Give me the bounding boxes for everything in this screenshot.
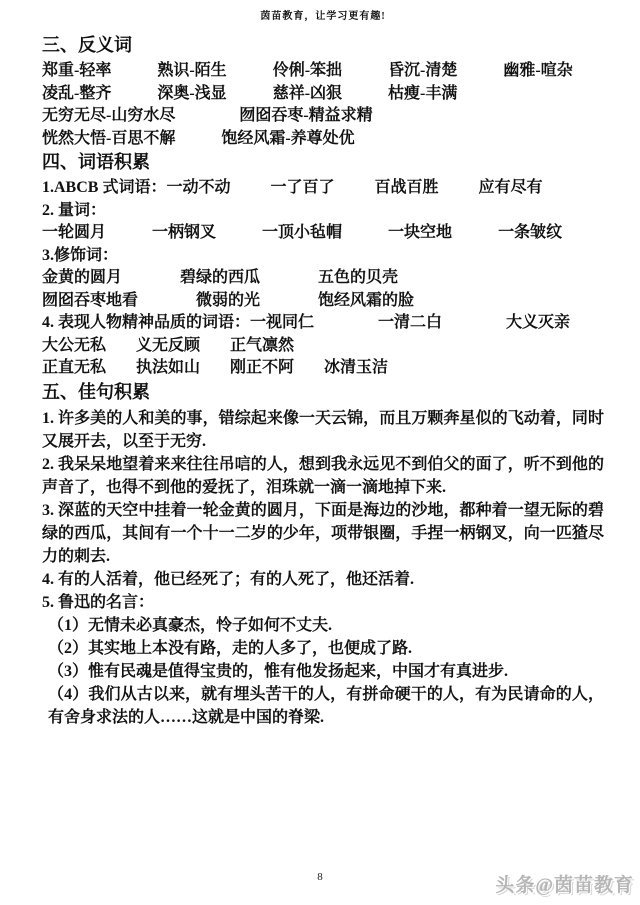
antonym-pair: 郑重-轻率 [42, 60, 111, 83]
word-item: 一动不动 [166, 177, 230, 200]
word-item: 一顶小毡帽 [262, 222, 342, 245]
page-content: 茵苗教育，让学习更有趣! 三、反义词 郑重-轻率 熟识-陌生 伶俐-笨拙 昏沉-… [0, 0, 640, 729]
modifier-label: 3.修饰词： [42, 245, 118, 268]
measure-words-row: 一轮圆月 一柄钢叉 一顶小毡帽 一块空地 一条皱纹 [42, 222, 604, 245]
word-item: 饱经风霜的脸 [318, 290, 414, 313]
antonym-pair: 恍然大悟-百思不解 [42, 128, 175, 151]
antonym-pair: 凌乱-整齐 [42, 83, 111, 106]
modifier-label-line: 3.修饰词： [42, 245, 604, 268]
word-item: 冰清玉洁 [324, 357, 388, 380]
antonym-row: 无穷无尽-山穷水尽 囫囵吞枣-精益求精 [42, 105, 604, 128]
antonym-pair: 熟识-陌生 [157, 60, 226, 83]
section-antonyms-title: 三、反义词 [42, 33, 604, 58]
word-item: 五色的贝壳 [318, 267, 398, 290]
modifier-row: 囫囵吞枣地看 微弱的光 饱经风霜的脸 [42, 290, 604, 313]
word-item: 一条皱纹 [498, 222, 562, 245]
spirit-label-and-first-word: 4. 表现人物精神品质的词语： 一视同仁 [42, 312, 314, 335]
antonym-pair: 幽雅-喧杂 [503, 60, 572, 83]
spirit-words-row: 大公无私 义无反顾 正气凛然 [42, 335, 604, 358]
document-page: 茵苗教育，让学习更有趣! 三、反义词 郑重-轻率 熟识-陌生 伶俐-笨拙 昏沉-… [0, 0, 640, 905]
word-item: 刚正不阿 [230, 357, 294, 380]
sentence-item: 4. 有的人活着，他已经死了；有的人死了，他还活着. [42, 568, 604, 591]
spirit-words-line: 4. 表现人物精神品质的词语： 一视同仁 一清二白 大义灭亲 [42, 312, 604, 335]
quote-item: （3）惟有民魂是值得宝贵的，惟有他发扬起来，中国才有真进步. [42, 660, 604, 683]
spirit-label: 4. 表现人物精神品质的词语： [42, 312, 250, 335]
antonym-row: 郑重-轻率 熟识-陌生 伶俐-笨拙 昏沉-清楚 幽雅-喧杂 [42, 60, 604, 83]
modifier-row: 金黄的圆月 碧绿的西瓜 五色的贝壳 [42, 267, 604, 290]
bottom-watermark: 头条@茵苗教育 [495, 870, 634, 897]
antonym-pair: 枯瘦-丰满 [388, 83, 457, 106]
word-item: 一轮圆月 [42, 222, 106, 245]
section-words-title: 四、词语积累 [42, 150, 604, 175]
sentence-item: 3. 深蓝的天空中挂着一轮金黄的圆月，下面是海边的沙地，都种着一望无际的碧绿的西… [42, 499, 604, 568]
quote-item: （4）我们从古以来，就有埋头苦干的人，有拼命硬干的人，有为民请命的人，有舍身求法… [42, 683, 604, 729]
word-item: 金黄的圆月 [42, 267, 122, 290]
antonym-pair: 饱经风霜-养尊处优 [221, 128, 354, 151]
antonym-pair: 昏沉-清楚 [388, 60, 457, 83]
antonym-pair: 囫囵吞枣-精益求精 [239, 105, 372, 128]
word-item: 大义灭亲 [506, 312, 570, 335]
measure-words-label-line: 2. 量词： [42, 200, 604, 223]
word-item: 百战百胜 [375, 177, 439, 200]
word-item: 正直无私 [42, 357, 106, 380]
abcb-label-and-first-word: 1.ABCB 式词语： 一动不动 [42, 177, 230, 200]
word-item: 一柄钢叉 [152, 222, 216, 245]
word-item: 执法如山 [136, 357, 200, 380]
measure-label: 2. 量词： [42, 200, 106, 223]
sentence-item: 2. 我呆呆地望着来来往往吊唁的人，想到我永远见不到伯父的面了，听不到他的声音了… [42, 453, 604, 499]
word-item: 一清二白 [378, 312, 442, 335]
abcb-label: 1.ABCB 式词语： [42, 177, 166, 200]
word-item: 碧绿的西瓜 [180, 267, 260, 290]
word-item: 应有尽有 [479, 177, 543, 200]
word-item: 义无反顾 [136, 335, 200, 358]
spirit-words-row: 正直无私 执法如山 刚正不阿 冰清玉洁 [42, 357, 604, 380]
word-item: 正气凛然 [230, 335, 294, 358]
sentence-item: 5. 鲁迅的名言： [42, 591, 604, 614]
word-item: 大公无私 [42, 335, 106, 358]
antonym-row: 恍然大悟-百思不解 饱经风霜-养尊处优 [42, 128, 604, 151]
word-item: 微弱的光 [196, 290, 260, 313]
antonym-pair: 慈祥-凶狠 [273, 83, 342, 106]
word-item: 囫囵吞枣地看 [42, 290, 138, 313]
word-item: 一视同仁 [250, 312, 314, 335]
quote-item: （1）无情未必真豪杰，怜子如何不丈夫. [42, 614, 604, 637]
antonym-pair: 无穷无尽-山穷水尽 [42, 105, 175, 128]
antonym-pair: 伶俐-笨拙 [273, 60, 342, 83]
word-item: 一了百了 [270, 177, 334, 200]
sentence-item: 1. 许多美的人和美的事，错综起来像一天云锦，而且万颗奔星似的飞动着，同时又展开… [42, 407, 604, 453]
abcb-words-line: 1.ABCB 式词语： 一动不动 一了百了 百战百胜 应有尽有 [42, 177, 604, 200]
antonym-pair: 深奥-浅显 [157, 83, 226, 106]
section-sentences-title: 五、佳句积累 [42, 380, 604, 405]
antonym-row: 凌乱-整齐 深奥-浅显 慈祥-凶狠 枯瘦-丰满 [42, 83, 604, 106]
top-watermark: 茵苗教育，让学习更有趣! [42, 10, 604, 24]
quote-item: （2）其实地上本没有路，走的人多了，也便成了路. [42, 637, 604, 660]
word-item: 一块空地 [388, 222, 452, 245]
